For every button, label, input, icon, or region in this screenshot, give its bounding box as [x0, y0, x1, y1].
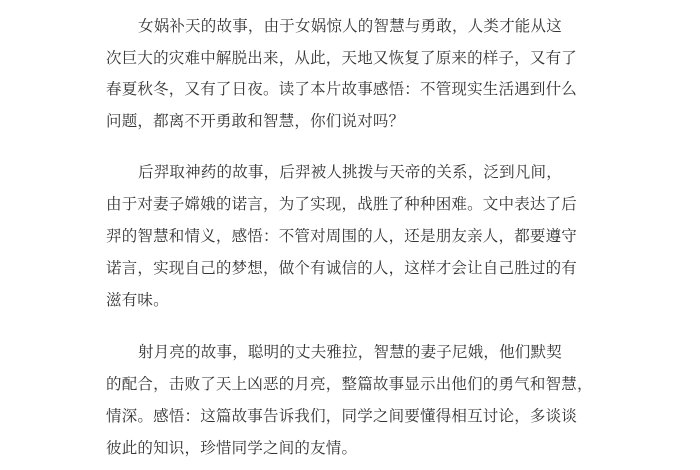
document-page: 女娲补天的故事，由于女娲惊人的智慧与勇敢，人类才能从这 次巨大的灾难中解脱出来，… — [0, 0, 700, 470]
paragraph-1-line-1: 女娲补天的故事，由于女娲惊人的智慧与勇敢，人类才能从这 — [138, 10, 628, 42]
paragraph-3-line-2: 的配合，击败了天上凶恶的月亮，整篇故事显示出他们的勇气和智慧， — [106, 368, 596, 400]
paragraph-2-line-1: 后羿取神药的故事，后羿被人挑拨与天帝的关系，泛到凡间， — [138, 156, 628, 188]
paragraph-2-line-5: 滋有味。 — [106, 284, 596, 316]
paragraph-3-line-4: 彼此的知识，珍惜同学之间的友情。 — [106, 432, 596, 464]
paragraph-1-line-3: 春夏秋冬，又有了日夜。读了本片故事感悟：不管现实生活遇到什么 — [106, 73, 596, 105]
paragraph-3-line-1: 射月亮的故事，聪明的丈夫雅拉，智慧的妻子尼娥，他们默契 — [138, 336, 628, 368]
paragraph-2-line-2: 由于对妻子嫦娥的诺言，为了实现，战胜了种种困难。文中表达了后 — [106, 188, 596, 220]
paragraph-2-line-3: 羿的智慧和情义，感悟：不管对周围的人，还是朋友亲人，都要遵守 — [106, 220, 596, 252]
paragraph-3-line-3: 情深。感悟：这篇故事告诉我们，同学之间要懂得相互讨论，多谈谈 — [106, 400, 596, 432]
paragraph-1-line-4: 问题，都离不开勇敢和智慧，你们说对吗？ — [106, 105, 596, 137]
paragraph-1-line-2: 次巨大的灾难中解脱出来，从此，天地又恢复了原来的样子，又有了 — [106, 42, 596, 74]
paragraph-2-line-4: 诺言，实现自己的梦想，做个有诚信的人，这样才会让自己胜过的有 — [106, 252, 596, 284]
